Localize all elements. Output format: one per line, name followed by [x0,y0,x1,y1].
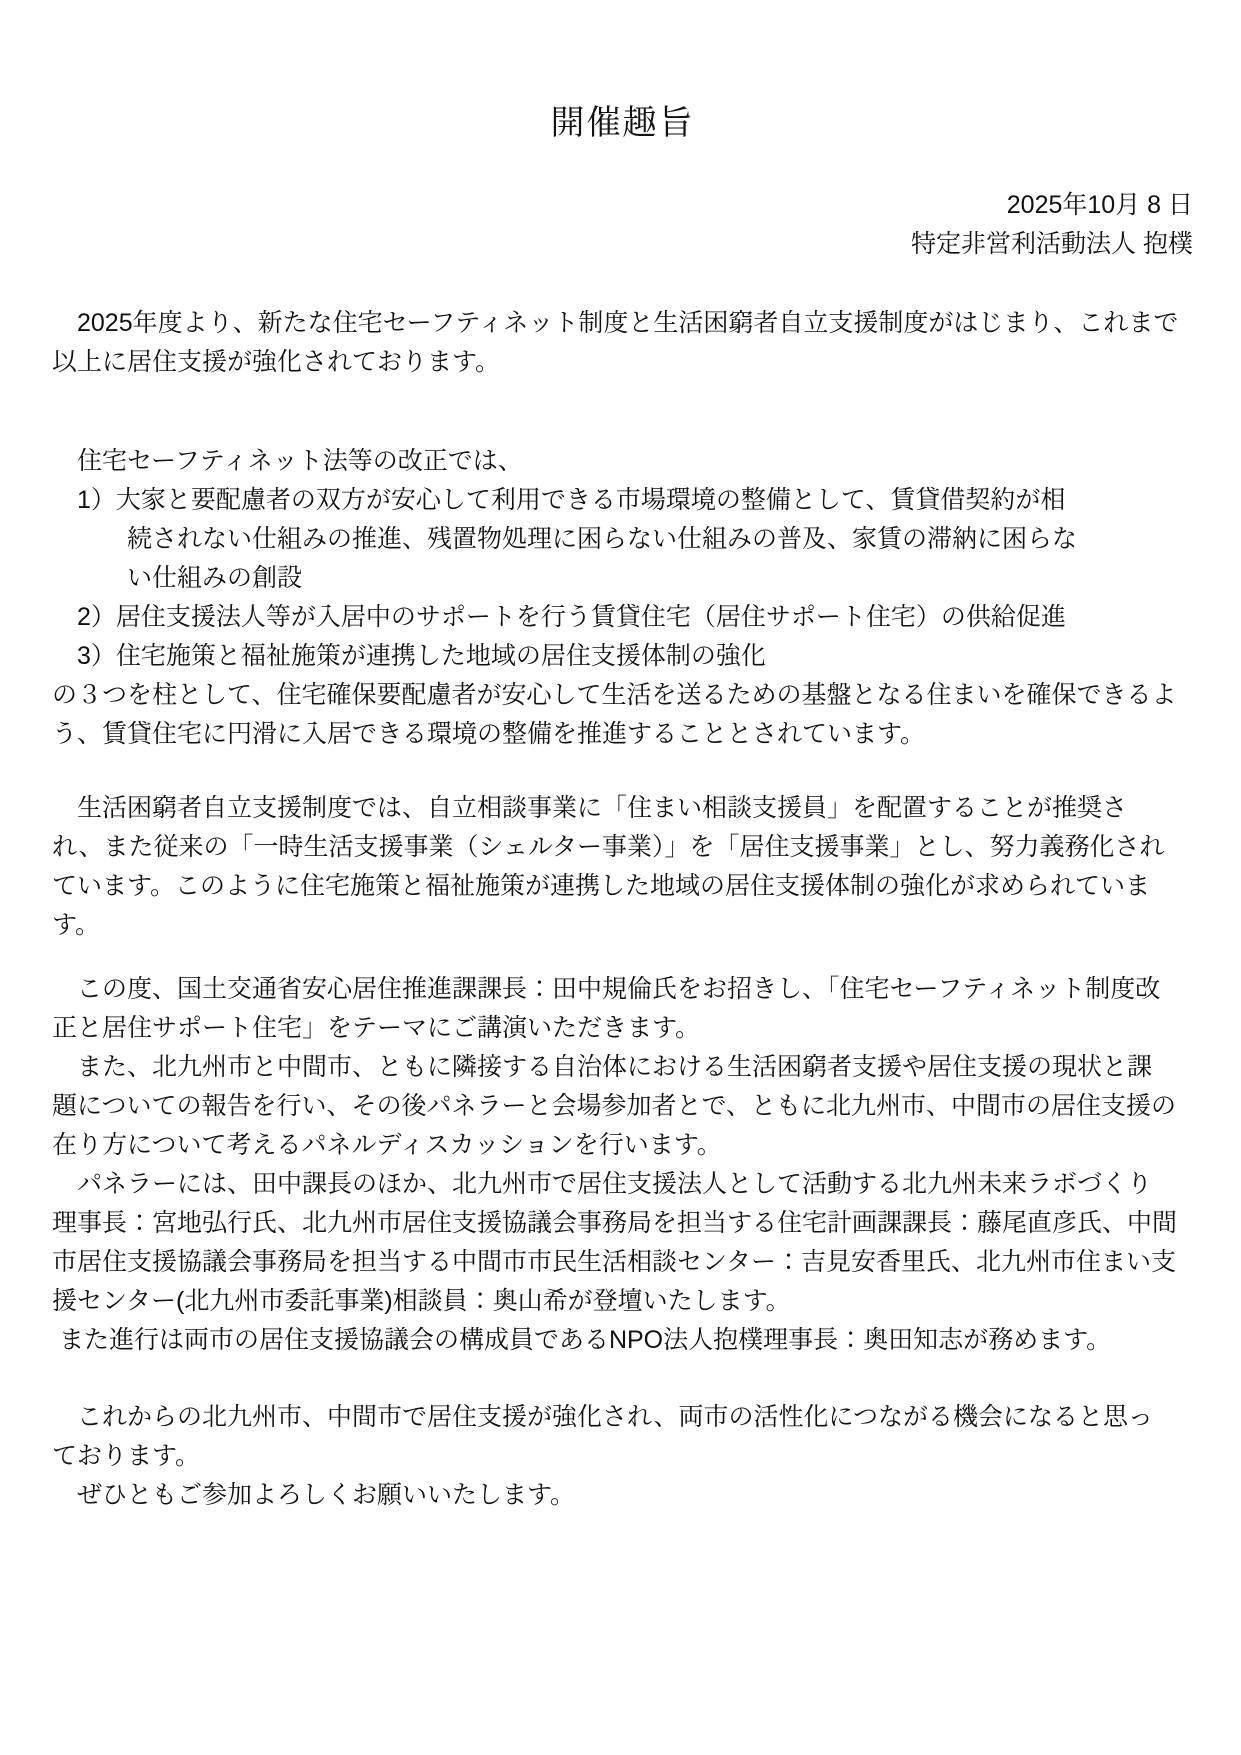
text-line: 3）住宅施策と福祉施策が連携した地域の居住支援体制の強化 [52,637,1193,676]
text-line: 住宅セーフティネット法等の改正では、 [52,442,1193,481]
document-page: 開催趣旨 2025年10月 8 日 特定非営利活動法人 抱樸 2025年度より、… [0,0,1241,1755]
organization-name: 特定非営利活動法人 抱樸 [52,225,1193,264]
text-line: また進行は両市の居住支援協議会の構成員であるNPO法人抱樸理事長：奥田知志が務め… [52,1321,1193,1360]
list-item-1: 1）大家と要配慮者の双方が安心して利用できる市場環境の整備として、賃貸借契約が相… [52,481,1193,598]
text-line: 1）大家と要配慮者の双方が安心して利用できる市場環境の整備として、賃貸借契約が相 [52,481,1193,520]
text-line: い仕組みの創設 [52,559,1193,598]
text-line: す。 [52,906,1193,945]
paragraph-lecture-announcement: この度、国土交通省安心居住推進課課長：田中規倫氏をお招きし、「住宅セーフティネッ… [52,970,1193,1048]
paragraph-three-pillars: の３つを柱として、住宅確保要配慮者が安心して生活を送るための基盤となる住まいを確… [52,676,1193,754]
paragraph-law-lead: 住宅セーフティネット法等の改正では、 [52,442,1193,481]
document-date: 2025年10月 8 日 [52,186,1193,225]
page-title: 開催趣旨 [52,100,1193,146]
text-line: 在り方について考えるパネルディスカッションを行います。 [52,1126,1193,1165]
text-line: の３つを柱として、住宅確保要配慮者が安心して生活を送るための基盤となる住まいを確… [52,676,1193,715]
text-line: この度、国土交通省安心居住推進課課長：田中規倫氏をお招きし、「住宅セーフティネッ… [52,970,1193,1009]
text-line: 理事長：宮地弘行氏、北九州市居住支援協議会事務局を担当する住宅計画課課長：藤尾直… [52,1204,1193,1243]
text-line: 生活困窮者自立支援制度では、自立相談事業に「住まい相談支援員」を配置することが推… [52,789,1193,828]
document-body: 開催趣旨 2025年10月 8 日 特定非営利活動法人 抱樸 2025年度より、… [0,0,1241,1515]
text-line: ています。このように住宅施策と福祉施策が連携した地域の居住支援体制の強化が求めら… [52,867,1193,906]
text-line: 題についての報告を行い、その後パネラーと会場参加者とで、ともに北九州市、中間市の… [52,1087,1193,1126]
text-line: ぜひともご参加よろしくお願いいたします。 [52,1476,1193,1515]
list-item-2: 2）居住支援法人等が入居中のサポートを行う賃貸住宅（居住サポート住宅）の供給促進 [52,598,1193,637]
text-line: また、北九州市と中間市、ともに隣接する自治体における生活困窮者支援や居住支援の現… [52,1048,1193,1087]
list-item-3: 3）住宅施策と福祉施策が連携した地域の居住支援体制の強化 [52,637,1193,676]
text-line: 以上に居住支援が強化されております。 [52,343,1193,382]
text-line: パネラーには、田中課長のほか、北九州市で居住支援法人として活動する北九州未来ラボ… [52,1165,1193,1204]
paragraph-closing: これからの北九州市、中間市で居住支援が強化され、両市の活性化につながる機会になる… [52,1398,1193,1515]
text-line: 続されない仕組みの推進、残置物処理に困らない仕組みの普及、家賃の滞納に困らな [52,520,1193,559]
text-line: 援センター(北九州市委託事業)相談員：奥山希が登壇いたします。 [52,1282,1193,1321]
text-line: 市居住支援協議会事務局を担当する中間市市民生活相談センター：吉見安香里氏、北九州… [52,1243,1193,1282]
text-line: う、賃貸住宅に円滑に入居できる環境の整備を推進することとされています。 [52,715,1193,754]
paragraph-panelists: パネラーには、田中課長のほか、北九州市で居住支援法人として活動する北九州未来ラボ… [52,1165,1193,1360]
text-line: ております。 [52,1437,1193,1476]
byline-block: 2025年10月 8 日 特定非営利活動法人 抱樸 [52,186,1193,264]
paragraph-panel-discussion: また、北九州市と中間市、ともに隣接する自治体における生活困窮者支援や居住支援の現… [52,1048,1193,1165]
paragraph-intro: 2025年度より、新たな住宅セーフティネット制度と生活困窮者自立支援制度がはじま… [52,304,1193,382]
paragraph-seikatsu-konkyusha: 生活困窮者自立支援制度では、自立相談事業に「住まい相談支援員」を配置することが推… [52,789,1193,945]
text-line: 2025年度より、新たな住宅セーフティネット制度と生活困窮者自立支援制度がはじま… [52,304,1193,343]
text-line: これからの北九州市、中間市で居住支援が強化され、両市の活性化につながる機会になる… [52,1398,1193,1437]
text-line: 正と居住サポート住宅」をテーマにご講演いただきます。 [52,1009,1193,1048]
text-line: れ、また従来の「一時生活支援事業（シェルター事業）」を「居住支援事業」とし、努力… [52,828,1193,867]
text-line: 2）居住支援法人等が入居中のサポートを行う賃貸住宅（居住サポート住宅）の供給促進 [52,598,1193,637]
